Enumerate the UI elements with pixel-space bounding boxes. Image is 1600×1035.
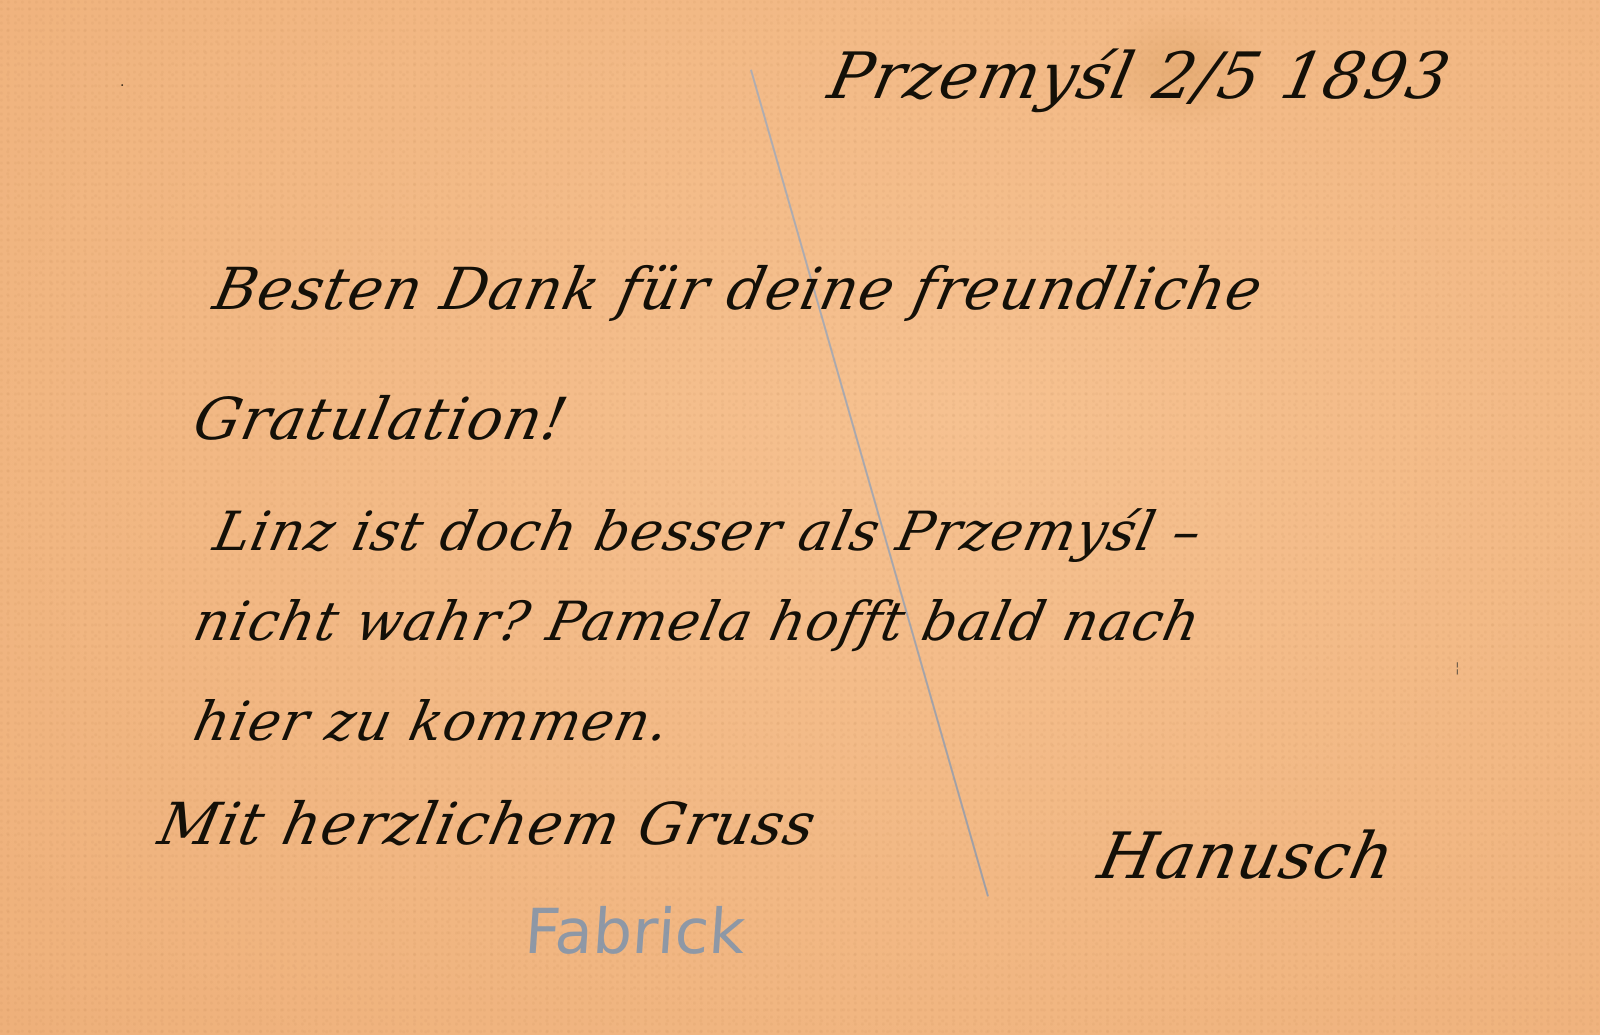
body-line-4: nicht wahr? Pamela hofft bald nach — [188, 590, 1206, 653]
body-line-1: Besten Dank für deine freundliche — [208, 255, 1269, 323]
body-line-5: hier zu kommen. — [188, 690, 675, 753]
pencil-stroke-line — [750, 69, 989, 896]
ink-speck: · — [120, 78, 124, 94]
ink-speck: ¦ — [1455, 660, 1460, 676]
body-line-3: Linz ist doch besser als Przemyśl – — [208, 500, 1208, 563]
postcard: Przemyśl 2/5 1893 Besten Dank für deine … — [0, 0, 1600, 1035]
closing-greeting: Mit herzlichem Gruss — [153, 790, 823, 858]
signature: Hanusch — [1092, 820, 1401, 894]
pencil-annotation: Fabrick — [522, 895, 747, 968]
body-line-2: Gratulation! — [188, 385, 574, 453]
place-date: Przemyśl 2/5 1893 — [822, 40, 1457, 114]
